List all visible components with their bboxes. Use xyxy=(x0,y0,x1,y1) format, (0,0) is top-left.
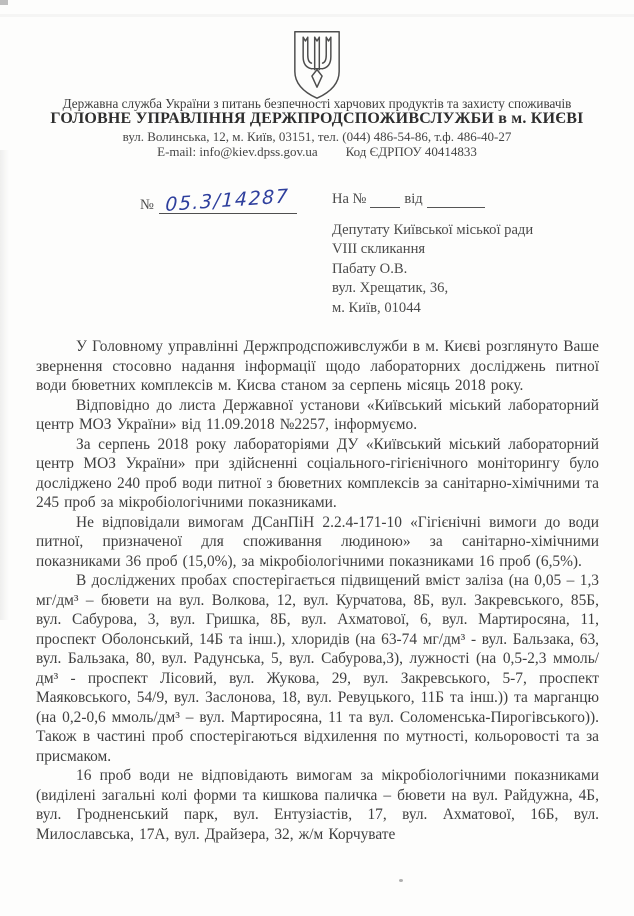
recipient-line: вул. Хрещатик, 36, xyxy=(332,279,533,298)
recipient-line: м. Київ, 01044 xyxy=(332,299,533,318)
recipient-line: Депутату Київської міської ради xyxy=(332,221,533,240)
reply-na-label: На № xyxy=(332,191,366,207)
handwritten-number: 05.3/14287 xyxy=(165,185,290,216)
scan-corner-mark xyxy=(0,0,8,5)
body-paragraph: В досліджених пробах спостерігається під… xyxy=(36,571,599,766)
ukraine-trident-coat-of-arms-icon xyxy=(289,29,345,101)
body-paragraph: За серпень 2018 року лабораторіями ДУ «К… xyxy=(36,435,599,513)
scan-speckle xyxy=(399,879,403,882)
recipient-line: VIII скликання xyxy=(332,240,533,259)
scanned-letter-page: Державна служба України з питань безпечн… xyxy=(0,0,634,916)
address-line: вул. Волинська, 12, м. Київ, 03151, тел.… xyxy=(0,129,634,145)
edrpou-text: Код ЄДРПОУ 40414833 xyxy=(346,144,477,159)
outgoing-number-group: №05.3/14287 xyxy=(140,191,297,214)
scan-band xyxy=(0,14,634,17)
body-paragraph: 16 проб води не відповідають вимогам за … xyxy=(36,766,599,844)
reference-row: №05.3/14287 На №від xyxy=(0,183,634,223)
contact-line: E-mail: info@kiev.dpss.gov.uaКод ЄДРПОУ … xyxy=(0,144,634,160)
recipient-block: Депутату Київської міської ради VIII скл… xyxy=(332,221,533,318)
incoming-number-group: На №від xyxy=(332,191,489,208)
number-underline: 05.3/14287 xyxy=(159,191,297,214)
reply-date-blank xyxy=(427,194,485,208)
body-paragraph: Не відповідали вимогам ДСанПіН 2.2.4-171… xyxy=(36,513,599,572)
reply-number-blank xyxy=(370,194,400,208)
body-paragraph: У Головному управлінні Держпродспоживслу… xyxy=(36,337,599,396)
reply-vid-label: від xyxy=(404,191,422,207)
email-text: E-mail: info@kiev.dpss.gov.ua xyxy=(157,144,317,159)
body-paragraph: Відповідно до листа Державної установи «… xyxy=(36,396,599,435)
number-label: № xyxy=(140,197,154,213)
recipient-line: Пабату О.В. xyxy=(332,260,533,279)
org-name-line: ГОЛОВНЕ УПРАВЛІННЯ ДЕРЖПРОДСПОЖИВСЛУЖБИ … xyxy=(0,110,634,128)
letter-body: У Головному управлінні Держпродспоживслу… xyxy=(36,337,599,844)
